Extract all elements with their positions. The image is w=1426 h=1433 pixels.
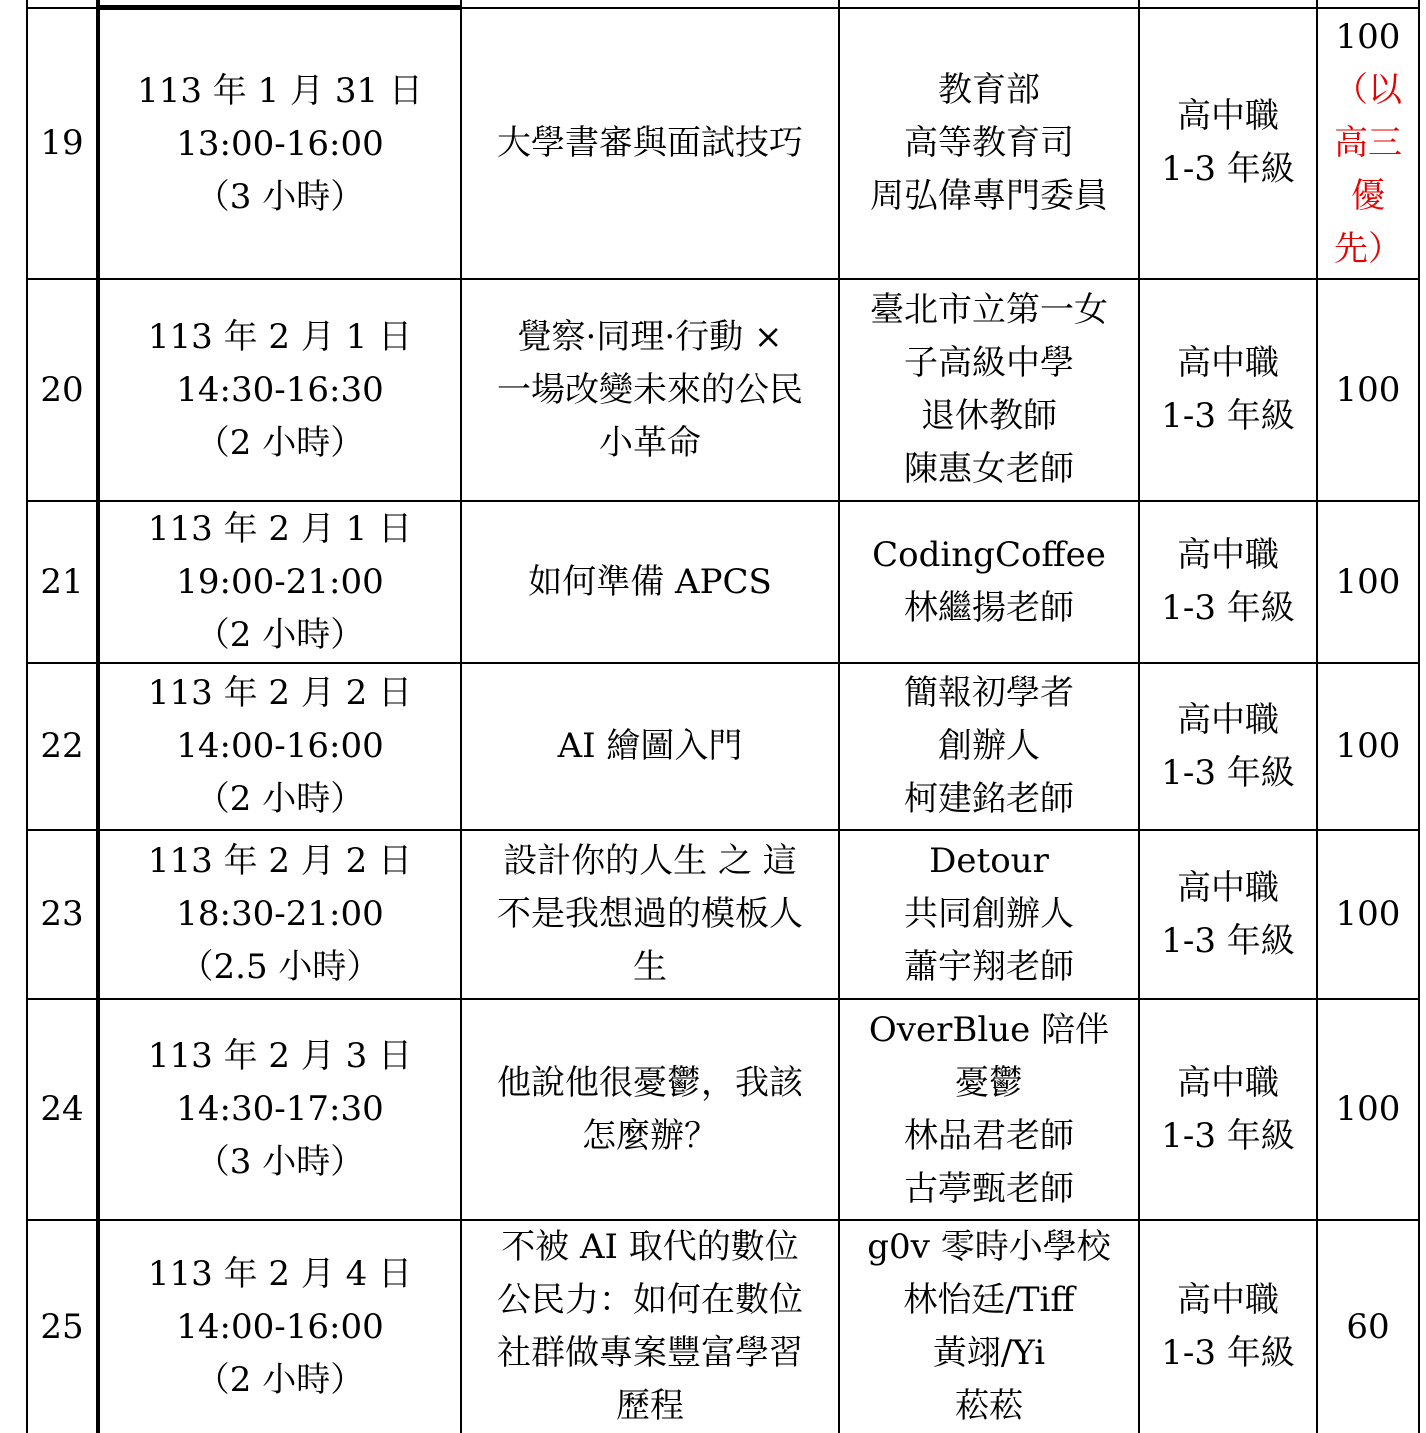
course-capacity-cell: 100 （以高三優先） xyxy=(1317,8,1419,280)
text-line: 1-3 年級 xyxy=(1140,143,1316,196)
course-grade-cell: 高中職1-3 年級 xyxy=(1139,663,1317,830)
course-capacity-cell: 100 xyxy=(1317,830,1419,999)
text-line: 社群做專案豐富學習 xyxy=(462,1327,838,1380)
text-line: 設計你的人生 之 這 xyxy=(462,835,838,888)
text-line: 子高級中學 xyxy=(840,337,1138,390)
course-title-cell: 他說他很憂鬱，我該怎麼辦？ xyxy=(461,999,839,1220)
text-line: 高中職 xyxy=(1140,862,1316,915)
text-line: 憂鬱 xyxy=(840,1057,1138,1110)
course-capacity-cell: 100 xyxy=(1317,663,1419,830)
text-line: 25 xyxy=(28,1301,96,1354)
cropped-cell xyxy=(1139,0,1317,8)
text-line: OverBlue 陪伴 xyxy=(840,1004,1138,1057)
text-line: 21 xyxy=(28,556,96,609)
text-line: 100 xyxy=(1318,888,1418,941)
course-instructor-cell: 簡報初學者創辦人柯建銘老師 xyxy=(839,663,1139,830)
text-line: 黃翊/Yi xyxy=(840,1327,1138,1380)
text-line: 怎麼辦？ xyxy=(462,1110,838,1163)
course-capacity-cell: 100 xyxy=(1317,999,1419,1220)
text-line: 簡報初學者 xyxy=(840,667,1138,720)
text-line: 113 年 2 月 3 日 xyxy=(100,1030,460,1083)
cropped-cell xyxy=(1317,0,1419,8)
text-line: 歷程 xyxy=(462,1380,838,1433)
capacity-value: 100 xyxy=(1318,1083,1418,1136)
cropped-cell xyxy=(461,0,839,8)
course-instructor-cell: 教育部高等教育司周弘偉專門委員 xyxy=(839,8,1139,280)
course-instructor-cell: CodingCoffee林繼揚老師 xyxy=(839,501,1139,663)
course-number-cell: 22 xyxy=(27,663,98,830)
course-datetime-cell: 113 年 1 月 31 日13:00-16:00（3 小時） xyxy=(98,8,461,280)
cropped-cell xyxy=(27,0,98,8)
course-grade-cell: 高中職1-3 年級 xyxy=(1139,830,1317,999)
course-number-cell: 25 xyxy=(27,1220,98,1433)
text-line: （3 小時） xyxy=(100,1136,460,1189)
text-line: 高中職 xyxy=(1140,1274,1316,1327)
course-row: 25 113 年 2 月 4 日14:00-16:00（2 小時） 不被 AI … xyxy=(27,1220,1419,1433)
course-number-cell: 24 xyxy=(27,999,98,1220)
text-line: （2 小時） xyxy=(100,1354,460,1407)
course-instructor-cell: OverBlue 陪伴憂鬱林品君老師古葶甄老師 xyxy=(839,999,1139,1220)
course-datetime-cell: 113 年 2 月 1 日19:00-21:00（2 小時） xyxy=(98,501,461,663)
text-line: 共同創辦人 xyxy=(840,888,1138,941)
text-line: 14:00-16:00 xyxy=(100,720,460,773)
course-instructor-cell: g0v 零時小學校林怡廷/Tiff黃翊/Yi菘菘 xyxy=(839,1220,1139,1433)
text-line: 他說他很憂鬱，我該 xyxy=(462,1057,838,1110)
course-row: 20 113 年 2 月 1 日14:30-16:30（2 小時） 覺察·同理·… xyxy=(27,279,1419,501)
text-line: 113 年 2 月 4 日 xyxy=(100,1248,460,1301)
text-line: 大學書審與面試技巧 xyxy=(462,117,838,170)
text-line: 113 年 2 月 1 日 xyxy=(100,503,460,556)
text-line: 生 xyxy=(462,941,838,994)
capacity-priority-note: （以高三優先） xyxy=(1318,64,1418,276)
course-title-cell: 設計你的人生 之 這不是我想過的模板人生 xyxy=(461,830,839,999)
text-line: 林怡廷/Tiff xyxy=(840,1274,1138,1327)
course-grade-cell: 高中職1-3 年級 xyxy=(1139,999,1317,1220)
text-line: 臺北市立第一女 xyxy=(840,284,1138,337)
capacity-value: 100 xyxy=(1318,888,1418,941)
course-grade-cell: 高中職1-3 年級 xyxy=(1139,501,1317,663)
text-line: Detour xyxy=(840,835,1138,888)
capacity-value: 100 xyxy=(1318,556,1418,609)
cropped-cell xyxy=(839,0,1139,8)
text-line: 教育部 xyxy=(840,64,1138,117)
text-line: 先） xyxy=(1318,223,1418,276)
text-line: 公民力：如何在數位 xyxy=(462,1274,838,1327)
text-line: 林繼揚老師 xyxy=(840,582,1138,635)
text-line: 高中職 xyxy=(1140,529,1316,582)
text-line: 23 xyxy=(28,888,96,941)
text-line: 林品君老師 xyxy=(840,1110,1138,1163)
capacity-value: 100 xyxy=(1318,364,1418,417)
capacity-value: 100 xyxy=(1318,11,1418,64)
text-line: （2 小時） xyxy=(100,773,460,826)
text-line: 20 xyxy=(28,364,96,417)
text-line: 高中職 xyxy=(1140,694,1316,747)
course-number-cell: 19 xyxy=(27,8,98,280)
course-instructor-cell: Detour共同創辦人蕭宇翔老師 xyxy=(839,830,1139,999)
course-row: 19 113 年 1 月 31 日13:00-16:00（3 小時） 大學書審與… xyxy=(27,8,1419,280)
text-line: 退休教師 xyxy=(840,390,1138,443)
text-line: 1-3 年級 xyxy=(1140,747,1316,800)
text-line: 1-3 年級 xyxy=(1140,915,1316,968)
text-line: 14:00-16:00 xyxy=(100,1301,460,1354)
text-line: CodingCoffee xyxy=(840,529,1138,582)
course-title-cell: 覺察·同理·行動 ×一場改變未來的公民小革命 xyxy=(461,279,839,501)
text-line: 不被 AI 取代的數位 xyxy=(462,1221,838,1274)
course-number-cell: 21 xyxy=(27,501,98,663)
text-line: 113 年 2 月 1 日 xyxy=(100,311,460,364)
course-grade-cell: 高中職1-3 年級 xyxy=(1139,1220,1317,1433)
text-line: 13:00-16:00 xyxy=(100,118,460,171)
text-line: g0v 零時小學校 xyxy=(840,1221,1138,1274)
text-line: 22 xyxy=(28,720,96,773)
course-title-cell: 不被 AI 取代的數位公民力：如何在數位社群做專案豐富學習歷程 xyxy=(461,1220,839,1433)
text-line: 14:30-16:30 xyxy=(100,364,460,417)
document-page: 19 113 年 1 月 31 日13:00-16:00（3 小時） 大學書審與… xyxy=(0,0,1426,1433)
text-line: 100 xyxy=(1318,364,1418,417)
text-line: 不是我想過的模板人 xyxy=(462,888,838,941)
text-line: AI 繪圖入門 xyxy=(462,720,838,773)
course-schedule-table: 19 113 年 1 月 31 日13:00-16:00（3 小時） 大學書審與… xyxy=(26,0,1420,1433)
course-title-cell: 如何準備 APCS xyxy=(461,501,839,663)
text-line: 100 xyxy=(1318,556,1418,609)
capacity-value: 100 xyxy=(1318,720,1418,773)
text-line: 100 xyxy=(1318,11,1418,64)
text-line: 113 年 2 月 2 日 xyxy=(100,667,460,720)
text-line: 1-3 年級 xyxy=(1140,1110,1316,1163)
course-datetime-cell: 113 年 2 月 3 日14:30-17:30（3 小時） xyxy=(98,999,461,1220)
text-line: 高中職 xyxy=(1140,90,1316,143)
text-line: 柯建銘老師 xyxy=(840,773,1138,826)
text-line: 1-3 年級 xyxy=(1140,390,1316,443)
text-line: 19 xyxy=(28,117,96,170)
course-grade-cell: 高中職1-3 年級 xyxy=(1139,279,1317,501)
course-title-cell: AI 繪圖入門 xyxy=(461,663,839,830)
text-line: （3 小時） xyxy=(100,171,460,224)
text-line: 高等教育司 xyxy=(840,117,1138,170)
text-line: （2.5 小時） xyxy=(100,941,460,994)
text-line: 如何準備 APCS xyxy=(462,556,838,609)
text-line: 菘菘 xyxy=(840,1380,1138,1433)
course-capacity-cell: 100 xyxy=(1317,501,1419,663)
text-line: 1-3 年級 xyxy=(1140,582,1316,635)
text-line: 19:00-21:00 xyxy=(100,556,460,609)
course-title-cell: 大學書審與面試技巧 xyxy=(461,8,839,280)
course-datetime-cell: 113 年 2 月 2 日18:30-21:00（2.5 小時） xyxy=(98,830,461,999)
text-line: 古葶甄老師 xyxy=(840,1163,1138,1216)
table-body: 19 113 年 1 月 31 日13:00-16:00（3 小時） 大學書審與… xyxy=(27,0,1419,1433)
text-line: （2 小時） xyxy=(100,417,460,470)
text-line: 100 xyxy=(1318,720,1418,773)
course-row: 24 113 年 2 月 3 日14:30-17:30（3 小時） 他說他很憂鬱… xyxy=(27,999,1419,1220)
course-capacity-cell: 60 xyxy=(1317,1220,1419,1433)
text-line: 陳惠女老師 xyxy=(840,443,1138,496)
text-line: 周弘偉專門委員 xyxy=(840,170,1138,223)
cropped-cell xyxy=(98,0,461,8)
text-line: 100 xyxy=(1318,1083,1418,1136)
text-line: 24 xyxy=(28,1083,96,1136)
course-row: 23 113 年 2 月 2 日18:30-21:00（2.5 小時） 設計你的… xyxy=(27,830,1419,999)
course-number-cell: 20 xyxy=(27,279,98,501)
course-row: 22 113 年 2 月 2 日14:00-16:00（2 小時） AI 繪圖入… xyxy=(27,663,1419,830)
course-row: 21 113 年 2 月 1 日19:00-21:00（2 小時） 如何準備 A… xyxy=(27,501,1419,663)
capacity-value: 60 xyxy=(1318,1301,1418,1354)
text-line: 1-3 年級 xyxy=(1140,1327,1316,1380)
text-line: 高中職 xyxy=(1140,337,1316,390)
text-line: 高中職 xyxy=(1140,1057,1316,1110)
text-line: 覺察·同理·行動 × xyxy=(462,311,838,364)
text-line: 113 年 2 月 2 日 xyxy=(100,835,460,888)
course-grade-cell: 高中職1-3 年級 xyxy=(1139,8,1317,280)
course-capacity-cell: 100 xyxy=(1317,279,1419,501)
course-number-cell: 23 xyxy=(27,830,98,999)
text-line: 蕭宇翔老師 xyxy=(840,941,1138,994)
text-line: 60 xyxy=(1318,1301,1418,1354)
course-datetime-cell: 113 年 2 月 1 日14:30-16:30（2 小時） xyxy=(98,279,461,501)
text-line: 優 xyxy=(1318,170,1418,223)
text-line: 113 年 1 月 31 日 xyxy=(100,65,460,118)
text-line: 小革命 xyxy=(462,417,838,470)
text-line: 14:30-17:30 xyxy=(100,1083,460,1136)
cropped-previous-row xyxy=(27,0,1419,8)
course-datetime-cell: 113 年 2 月 2 日14:00-16:00（2 小時） xyxy=(98,663,461,830)
text-line: 18:30-21:00 xyxy=(100,888,460,941)
text-line: 創辦人 xyxy=(840,720,1138,773)
text-line: （以 xyxy=(1318,64,1418,117)
text-line: 一場改變未來的公民 xyxy=(462,364,838,417)
course-instructor-cell: 臺北市立第一女子高級中學退休教師陳惠女老師 xyxy=(839,279,1139,501)
text-line: 高三 xyxy=(1318,117,1418,170)
course-datetime-cell: 113 年 2 月 4 日14:00-16:00（2 小時） xyxy=(98,1220,461,1433)
text-line: （2 小時） xyxy=(100,609,460,662)
